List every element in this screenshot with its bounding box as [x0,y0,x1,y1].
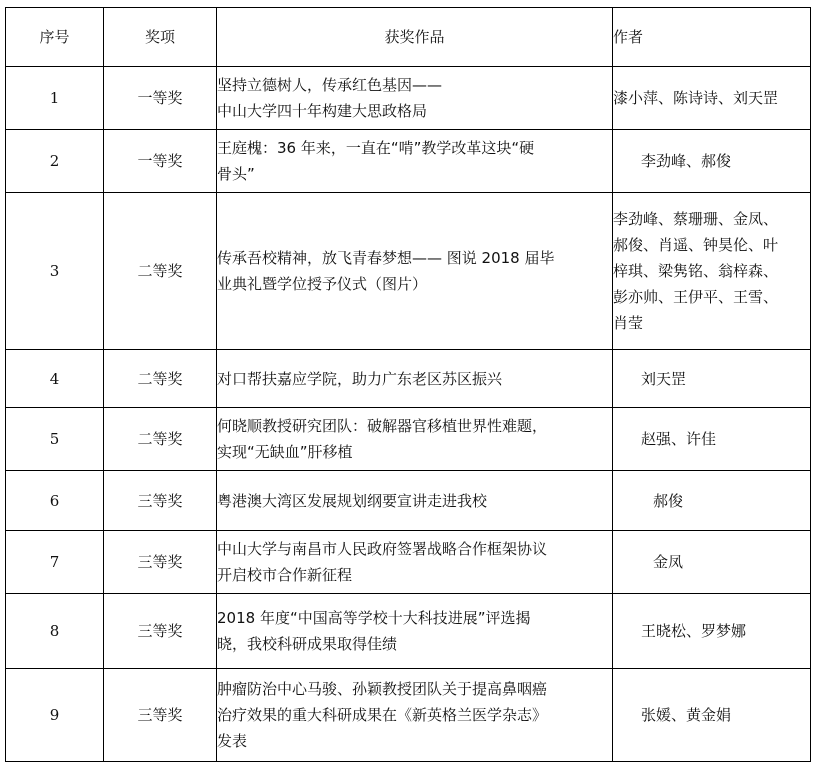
author-line: 郝俊 [653,488,810,514]
cell-no: 8 [6,594,104,669]
work-line: 业典礼暨学位授予仪式（图片） [217,271,612,297]
cell-no: 7 [6,531,104,594]
work-line: 中山大学四十年构建大思政格局 [217,98,612,124]
cell-award: 二等奖 [104,193,217,350]
cell-work: 2018 年度“中国高等学校十大科技进展”评选揭 晓，我校科研成果取得佳绩 [217,594,613,669]
author-line: 梓琪、梁隽铭、翁梓森、 [613,258,810,284]
table-row: 4 二等奖 对口帮扶嘉应学院，助力广东老区苏区振兴 刘天罡 [6,350,811,408]
header-work: 获奖作品 [217,8,613,67]
work-line: 对口帮扶嘉应学院，助力广东老区苏区振兴 [217,366,612,392]
cell-award: 二等奖 [104,408,217,471]
work-line: 2018 年度“中国高等学校十大科技进展”评选揭 [217,605,612,631]
cell-no: 4 [6,350,104,408]
cell-award: 三等奖 [104,531,217,594]
cell-no: 6 [6,471,104,531]
author-line: 赵强、许佳 [641,426,810,452]
cell-work: 中山大学与南昌市人民政府签署战略合作框架协议 开启校市合作新征程 [217,531,613,594]
table-row: 3 二等奖 传承吾校精神，放飞青春梦想—— 图说 2018 届毕 业典礼暨学位授… [6,193,811,350]
table-row: 2 一等奖 王庭槐：36 年来，一直在“啃”教学改革这块“硬 骨头” 李劲峰、郝… [6,130,811,193]
work-line: 何晓顺教授研究团队：破解器官移植世界性难题， [217,413,612,439]
author-line: 李劲峰、郝俊 [641,148,810,174]
cell-author: 王晓松、罗梦娜 [613,594,811,669]
work-line: 传承吾校精神，放飞青春梦想—— 图说 2018 届毕 [217,245,612,271]
cell-author: 漆小萍、陈诗诗、刘天罡 [613,67,811,130]
cell-award: 一等奖 [104,130,217,193]
cell-work: 粤港澳大湾区发展规划纲要宣讲走进我校 [217,471,613,531]
cell-work: 肿瘤防治中心马骏、孙颖教授团队关于提高鼻咽癌 治疗效果的重大科研成果在《新英格兰… [217,669,613,762]
table-row: 8 三等奖 2018 年度“中国高等学校十大科技进展”评选揭 晓，我校科研成果取… [6,594,811,669]
header-no: 序号 [6,8,104,67]
header-author: 作者 [613,8,811,67]
table-row: 9 三等奖 肿瘤防治中心马骏、孙颖教授团队关于提高鼻咽癌 治疗效果的重大科研成果… [6,669,811,762]
author-line: 王晓松、罗梦娜 [641,618,810,644]
cell-author: 金凤 [613,531,811,594]
cell-author: 李劲峰、蔡珊珊、金凤、 郝俊、肖遥、钟昊伦、叶 梓琪、梁隽铭、翁梓森、 彭亦帅、… [613,193,811,350]
cell-award: 三等奖 [104,669,217,762]
work-line: 治疗效果的重大科研成果在《新英格兰医学杂志》 [217,702,612,728]
work-line: 坚持立德树人，传承红色基因—— [217,72,612,98]
cell-author: 张媛、黄金娟 [613,669,811,762]
cell-work: 坚持立德树人，传承红色基因—— 中山大学四十年构建大思政格局 [217,67,613,130]
table-header-row: 序号 奖项 获奖作品 作者 [6,8,811,67]
cell-no: 9 [6,669,104,762]
cell-no: 1 [6,67,104,130]
cell-work: 对口帮扶嘉应学院，助力广东老区苏区振兴 [217,350,613,408]
header-award: 奖项 [104,8,217,67]
cell-award: 三等奖 [104,471,217,531]
table-row: 1 一等奖 坚持立德树人，传承红色基因—— 中山大学四十年构建大思政格局 漆小萍… [6,67,811,130]
cell-author: 赵强、许佳 [613,408,811,471]
table-row: 6 三等奖 粤港澳大湾区发展规划纲要宣讲走进我校 郝俊 [6,471,811,531]
author-line: 刘天罡 [641,366,810,392]
author-line: 彭亦帅、王伊平、王雪、 [613,284,810,310]
awards-table: 序号 奖项 获奖作品 作者 1 一等奖 坚持立德树人，传承红色基因—— 中山大学… [5,7,811,762]
cell-work: 传承吾校精神，放飞青春梦想—— 图说 2018 届毕 业典礼暨学位授予仪式（图片… [217,193,613,350]
author-line: 郝俊、肖遥、钟昊伦、叶 [613,232,810,258]
work-line: 王庭槐：36 年来，一直在“啃”教学改革这块“硬 [217,135,612,161]
cell-no: 5 [6,408,104,471]
work-line: 晓，我校科研成果取得佳绩 [217,631,612,657]
work-line: 发表 [217,728,612,754]
author-line: 金凤 [653,549,810,575]
author-line: 肖莹 [613,310,810,336]
cell-author: 刘天罡 [613,350,811,408]
cell-award: 二等奖 [104,350,217,408]
author-line: 张媛、黄金娟 [641,702,810,728]
cell-no: 3 [6,193,104,350]
cell-author: 李劲峰、郝俊 [613,130,811,193]
table-row: 7 三等奖 中山大学与南昌市人民政府签署战略合作框架协议 开启校市合作新征程 金… [6,531,811,594]
author-line: 李劲峰、蔡珊珊、金凤、 [613,206,810,232]
author-line: 漆小萍、陈诗诗、刘天罡 [613,85,810,111]
cell-work: 何晓顺教授研究团队：破解器官移植世界性难题， 实现“无缺血”肝移植 [217,408,613,471]
cell-award: 三等奖 [104,594,217,669]
work-line: 骨头” [217,161,612,187]
work-line: 肿瘤防治中心马骏、孙颖教授团队关于提高鼻咽癌 [217,676,612,702]
cell-work: 王庭槐：36 年来，一直在“啃”教学改革这块“硬 骨头” [217,130,613,193]
work-line: 粤港澳大湾区发展规划纲要宣讲走进我校 [217,488,612,514]
cell-author: 郝俊 [613,471,811,531]
work-line: 开启校市合作新征程 [217,562,612,588]
cell-no: 2 [6,130,104,193]
cell-award: 一等奖 [104,67,217,130]
work-line: 中山大学与南昌市人民政府签署战略合作框架协议 [217,536,612,562]
table-row: 5 二等奖 何晓顺教授研究团队：破解器官移植世界性难题， 实现“无缺血”肝移植 … [6,408,811,471]
work-line: 实现“无缺血”肝移植 [217,439,612,465]
